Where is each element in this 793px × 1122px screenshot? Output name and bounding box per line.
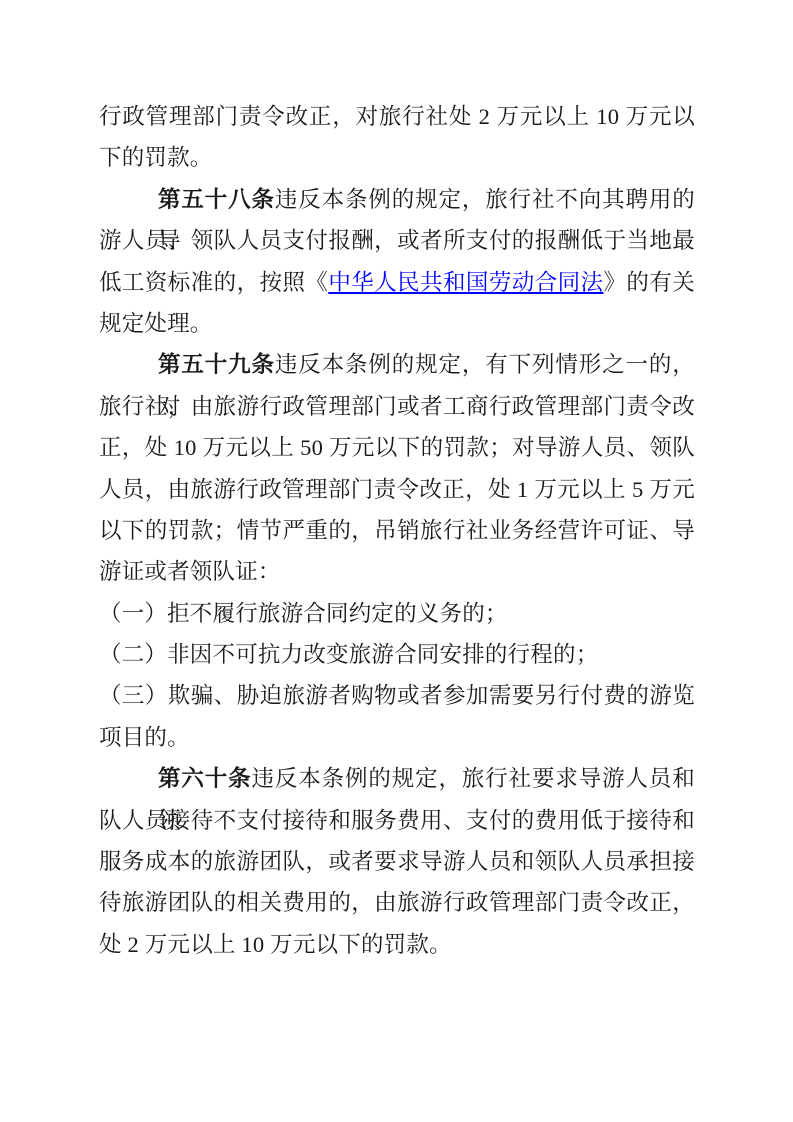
list-item-3-continuation: 项目的。 bbox=[99, 717, 695, 758]
article-60-number: 第六十条 bbox=[158, 766, 252, 791]
body-text-line: 游证或者领队证： bbox=[99, 551, 695, 592]
body-text-line-with-link: 低工资标准的，按照《中华人民共和国劳动合同法》的有关 bbox=[99, 262, 695, 303]
body-text-line: 人员，由旅游行政管理部门责令改正，处 1 万元以上 5 万元 bbox=[99, 469, 695, 510]
body-text-line: 行政管理部门责令改正，对旅行社处 2 万元以上 10 万元以 bbox=[99, 96, 695, 137]
body-text-line: 规定处理。 bbox=[99, 303, 695, 344]
body-text: 》的有关 bbox=[603, 270, 695, 295]
article-59-number: 第五十九条 bbox=[158, 352, 275, 377]
body-text-line: 游人员、领队人员支付报酬，或者所支付的报酬低于当地最 bbox=[99, 220, 695, 261]
body-text-line: 以下的罚款；情节严重的，吊销旅行社业务经营许可证、导 bbox=[99, 510, 695, 551]
article-60-first-line: 第六十条违反本条例的规定，旅行社要求导游人员和领 bbox=[99, 758, 695, 799]
article-58-first-line: 第五十八条违反本条例的规定，旅行社不向其聘用的导 bbox=[99, 179, 695, 220]
body-text-line: 队人员接待不支付接待和服务费用、支付的费用低于接待和 bbox=[99, 800, 695, 841]
list-item-1: （一）拒不履行旅游合同约定的义务的； bbox=[99, 593, 695, 634]
body-text-line: 正，处 10 万元以上 50 万元以下的罚款；对导游人员、领队 bbox=[99, 427, 695, 468]
body-text-line: 旅行社，由旅游行政管理部门或者工商行政管理部门责令改 bbox=[99, 386, 695, 427]
body-text-line: 下的罚款。 bbox=[99, 137, 695, 178]
article-59-first-line: 第五十九条违反本条例的规定，有下列情形之一的，对 bbox=[99, 344, 695, 385]
document-body: 行政管理部门责令改正，对旅行社处 2 万元以上 10 万元以 下的罚款。 第五十… bbox=[99, 96, 695, 965]
list-item-2: （二）非因不可抗力改变旅游合同安排的行程的； bbox=[99, 634, 695, 675]
list-item-3: （三）欺骗、胁迫旅游者购物或者参加需要另行付费的游览 bbox=[99, 675, 695, 716]
body-text-line: 服务成本的旅游团队，或者要求导游人员和领队人员承担接 bbox=[99, 841, 695, 882]
labor-contract-law-link[interactable]: 中华人民共和国劳动合同法 bbox=[328, 270, 603, 295]
article-58-number: 第五十八条 bbox=[158, 187, 275, 212]
body-text: 低工资标准的，按照《 bbox=[99, 270, 328, 295]
body-text-line: 处 2 万元以上 10 万元以下的罚款。 bbox=[99, 924, 695, 965]
document-page: 行政管理部门责令改正，对旅行社处 2 万元以上 10 万元以 下的罚款。 第五十… bbox=[0, 0, 793, 1122]
body-text-line: 待旅游团队的相关费用的，由旅游行政管理部门责令改正， bbox=[99, 882, 695, 923]
